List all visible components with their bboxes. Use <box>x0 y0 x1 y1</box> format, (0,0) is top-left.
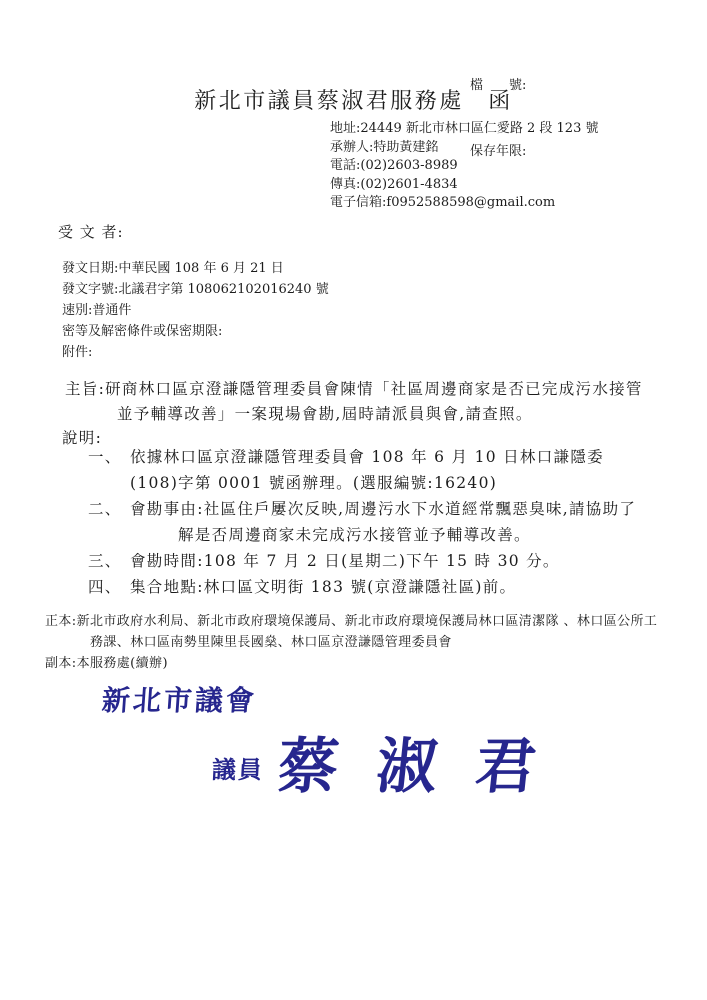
explanation-list: 一、 依據林口區京澄謙隱管理委員會 108 年 6 月 10 日林口謙隱委(10… <box>88 444 650 600</box>
issue-date: 發文日期:中華民國 108 年 6 月 21 日 <box>62 258 329 279</box>
item-number: 三、 <box>88 548 130 574</box>
subject-text: 研商林口區京澄謙隱管理委員會陳情「社區周邊商家是否已完成污水接管並予輔導改善」一… <box>105 380 643 423</box>
contact-block: 地址:24449 新北市林口區仁愛路 2 段 123 號 承辦人:特助黃建銘 電… <box>330 120 598 213</box>
council-stamp-text: 新北市議會 <box>101 679 259 719</box>
explanation-item-4: 四、 集合地點:林口區文明街 183 號(京澄謙隱社區)前。 <box>88 574 650 600</box>
item-text: 依據林口區京澄謙隱管理委員會 108 年 6 月 10 日林口謙隱委(108)字… <box>130 444 650 496</box>
official-letter-page: 檔 號: 保存年限: 新北市議員蔡淑君服務處 函 地址:24449 新北市林口區… <box>0 0 707 1000</box>
contact-address: 地址:24449 新北市林口區仁愛路 2 段 123 號 <box>330 120 598 139</box>
councilor-name-signature: 蔡 淑 君 <box>275 734 549 800</box>
contact-undertaker: 承辦人:特助黃建銘 <box>330 139 598 158</box>
issue-number: 發文字號:北議君字第 108062102016240 號 <box>62 279 329 300</box>
document-title: 新北市議員蔡淑君服務處 函 <box>0 84 707 115</box>
original-recipients: 正本:新北市政府水利局、新北市政府環境保護局、新北市政府環境保護局林口區清潔隊 … <box>45 611 665 653</box>
explanation-item-2: 二、 會勘事由:社區住戶屢次反映,周邊污水下水道經常飄惡臭味,請協助了解是否周邊… <box>88 496 650 548</box>
contact-phone: 電話:(02)2603-8989 <box>330 157 598 176</box>
explanation-item-3: 三、 會勘時間:108 年 7 月 2 日(星期二)下午 15 時 30 分。 <box>88 548 650 574</box>
speed-class: 速別:普通件 <box>62 300 329 321</box>
item-text: 會勘時間:108 年 7 月 2 日(星期二)下午 15 時 30 分。 <box>130 548 650 574</box>
councilor-signature-stamp: 議員 蔡 淑 君 <box>212 734 545 800</box>
explanation-item-1: 一、 依據林口區京澄謙隱管理委員會 108 年 6 月 10 日林口謙隱委(10… <box>88 444 650 496</box>
councilor-role-label: 議員 <box>211 750 265 785</box>
attachment-label: 附件: <box>62 342 329 363</box>
item-number: 二、 <box>88 496 130 548</box>
contact-fax: 傳真:(02)2601-4834 <box>330 176 598 195</box>
subject-paragraph: 主旨:研商林口區京澄謙隱管理委員會陳情「社區周邊商家是否已完成污水接管並予輔導改… <box>65 377 653 426</box>
item-number: 四、 <box>88 574 130 600</box>
item-number: 一、 <box>88 444 130 496</box>
contact-email: 電子信箱:f0952588598@gmail.com <box>330 194 598 213</box>
subject-label: 主旨: <box>65 380 105 398</box>
recipient-label: 受 文 者: <box>58 221 124 242</box>
duplicate-recipients: 副本:本服務處(續辦) <box>45 653 665 674</box>
issuance-meta-block: 發文日期:中華民國 108 年 6 月 21 日 發文字號:北議君字第 1080… <box>62 258 329 363</box>
security-class: 密等及解密條件或保密期限: <box>62 321 329 342</box>
item-text: 集合地點:林口區文明街 183 號(京澄謙隱社區)前。 <box>130 574 650 600</box>
distribution-block: 正本:新北市政府水利局、新北市政府環境保護局、新北市政府環境保護局林口區清潔隊 … <box>45 611 665 674</box>
item-text: 會勘事由:社區住戶屢次反映,周邊污水下水道經常飄惡臭味,請協助了解是否周邊商家未… <box>130 496 650 548</box>
